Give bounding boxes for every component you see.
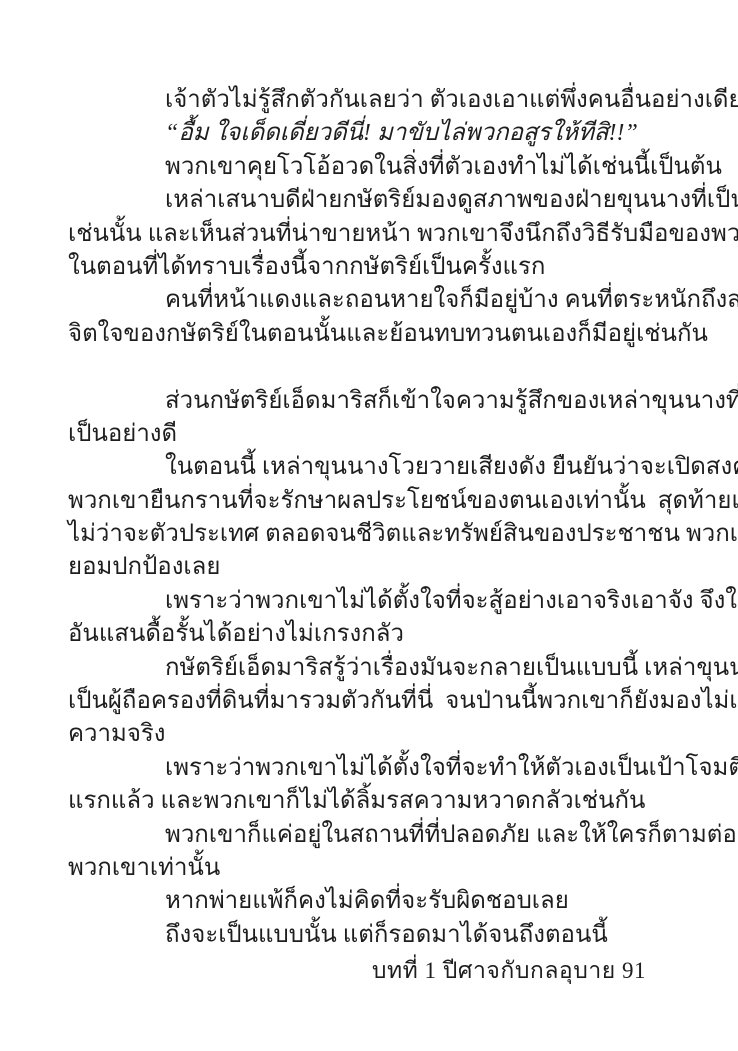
text-line: ในตอนนี้ เหล่าขุนนางโวยวายเสียงดัง ยืนยั… [68, 451, 674, 484]
text-line: อันแสนดื้อรั้นได้อย่างไม่เกรงกลัว [68, 618, 674, 651]
text-line: เป็นอย่างดี [68, 418, 674, 451]
text-line: เพราะว่าพวกเขาไม่ได้ตั้งใจที่จะสู้อย่างเ… [68, 585, 674, 618]
text-line: ไม่ว่าจะตัวประเทศ ตลอดจนชีวิตและทรัพย์สิ… [68, 518, 674, 551]
text-line: ส่วนกษัตริย์เอ็ดมาริสก็เข้าใจความรู้สึกข… [68, 385, 674, 418]
text-line: คนที่หน้าแดงและถอนหายใจก็มีอยู่บ้าง คนที… [68, 284, 674, 317]
text-line: เป็นผู้ถือครองที่ดินที่มารวมตัวกันที่นี่… [68, 685, 674, 718]
chapter-page-footer: บทที่ 1 ปีศาจกับกลอุบาย 91 [68, 954, 674, 987]
text-line: กษัตริย์เอ็ดมาริสรู้ว่าเรื่องมันจะกลายเป… [68, 652, 674, 685]
text-line: แรกแล้ว และพวกเขาก็ไม่ได้ลิ้มรสความหวาดก… [68, 785, 674, 818]
page-text: เจ้าตัวไม่รู้สึกตัวกันเลยว่า ตัวเองเอาแต… [68, 84, 674, 988]
blank-line [68, 351, 674, 384]
text-line: ถึงจะเป็นแบบนั้น แต่ก็รอดมาได้จนถึงตอนนี… [68, 919, 674, 952]
text-line: จิตใจของกษัตริย์ในตอนนั้นและย้อนทบทวนตนเ… [68, 318, 674, 351]
text-line-quote: “อื้ม ใจเด็ดเดี่ยวดีนี่! มาขับไล่พวกอสูร… [68, 117, 674, 150]
text-line: พวกเขาคุยโวโอ้อวดในสิ่งที่ตัวเองทำไม่ได้… [68, 151, 674, 184]
text-line: พวกเขายืนกรานที่จะรักษาผลประโยชน์ของตนเอ… [68, 485, 674, 518]
text-line: ในตอนที่ได้ทราบเรื่องนี้จากกษัตริย์เป็นค… [68, 251, 674, 284]
text-line: พวกเขาก็แค่อยู่ในสถานที่ที่ปลอดภัย และให… [68, 819, 674, 852]
text-line: เหล่าเสนาบดีฝ่ายกษัตริย์มองดูสภาพของฝ่าย… [68, 184, 674, 217]
text-line: หากพ่ายแพ้ก็คงไม่คิดที่จะรับผิดชอบเลย [68, 885, 674, 918]
text-line: เช่นนั้น และเห็นส่วนที่น่าขายหน้า พวกเขา… [68, 218, 674, 251]
text-line: พวกเขาเท่านั้น [68, 852, 674, 885]
text-line: เจ้าตัวไม่รู้สึกตัวกันเลยว่า ตัวเองเอาแต… [68, 84, 674, 117]
text-line: ความจริง [68, 718, 674, 751]
book-page: เจ้าตัวไม่รู้สึกตัวกันเลยว่า ตัวเองเอาแต… [0, 0, 738, 1051]
text-line: ยอมปกป้องเลย [68, 551, 674, 584]
text-line: เพราะว่าพวกเขาไม่ได้ตั้งใจที่จะทำให้ตัวเ… [68, 752, 674, 785]
